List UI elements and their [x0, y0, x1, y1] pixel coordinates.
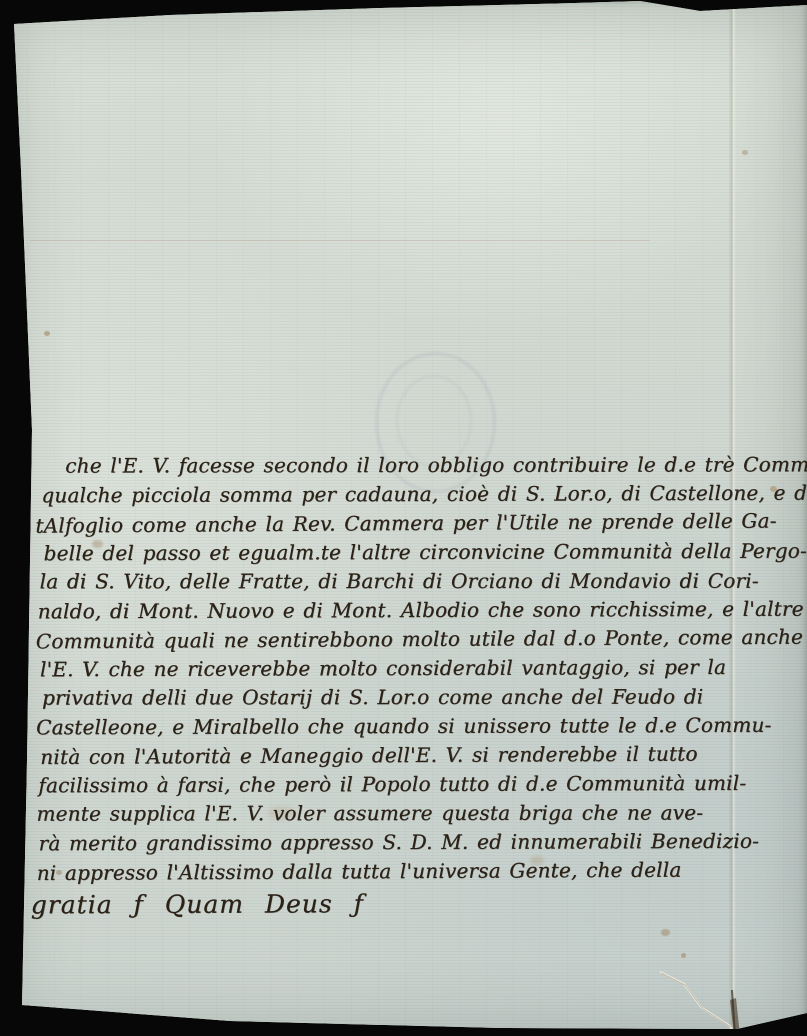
manuscript-line: naldo, di Mont. Nuovo e di Mont. Albodio… — [38, 595, 798, 627]
foxing-stain — [742, 150, 748, 155]
manuscript-text-block: che l'E. V. facesse secondo il loro obbl… — [35, 450, 799, 920]
manuscript-line: mente supplica l'E. V. voler assumere qu… — [36, 798, 798, 828]
manuscript-line: nità con l'Autorità e Maneggio dell'E. V… — [40, 739, 798, 772]
faint-rule-line — [30, 240, 650, 241]
manuscript-line: Communità quali ne sentirebbono molto ut… — [36, 623, 798, 657]
manuscript-line: tAlfoglio come anche la Rev. Cammera per… — [35, 506, 797, 540]
manuscript-line: ni appresso l'Altissimo dalla tutta l'un… — [37, 855, 799, 888]
manuscript-line: privativa delli due Ostarij di S. Lor.o … — [42, 682, 798, 712]
manuscript-line: la di S. Vito, delle Fratte, di Barchi d… — [40, 567, 798, 597]
foxing-stain — [44, 331, 50, 336]
foxing-stain — [661, 929, 670, 936]
manuscript-line: che l'E. V. facesse secondo il loro obbl… — [65, 450, 797, 480]
manuscript-page: che l'E. V. facesse secondo il loro obbl… — [0, 0, 807, 1036]
scan-background: che l'E. V. facesse secondo il loro obbl… — [0, 0, 807, 1036]
manuscript-line: Castelleone, e Miralbello che quando si … — [36, 711, 798, 743]
manuscript-closing-line: gratia ƒ Quam Deus ƒ — [31, 888, 799, 920]
foxing-stain — [681, 953, 686, 958]
manuscript-line: l'E. V. che ne riceverebbe molto conside… — [40, 653, 798, 685]
manuscript-line: belle del passo et egualm.te l'altre cir… — [43, 537, 797, 569]
paper-tear — [650, 940, 760, 1036]
manuscript-line: rà merito grandissimo appresso S. D. M. … — [39, 827, 799, 859]
manuscript-line: qualche picciola somma per cadauna, cioè… — [41, 479, 797, 511]
manuscript-line: facilissimo à farsi, che però il Popolo … — [38, 769, 798, 801]
